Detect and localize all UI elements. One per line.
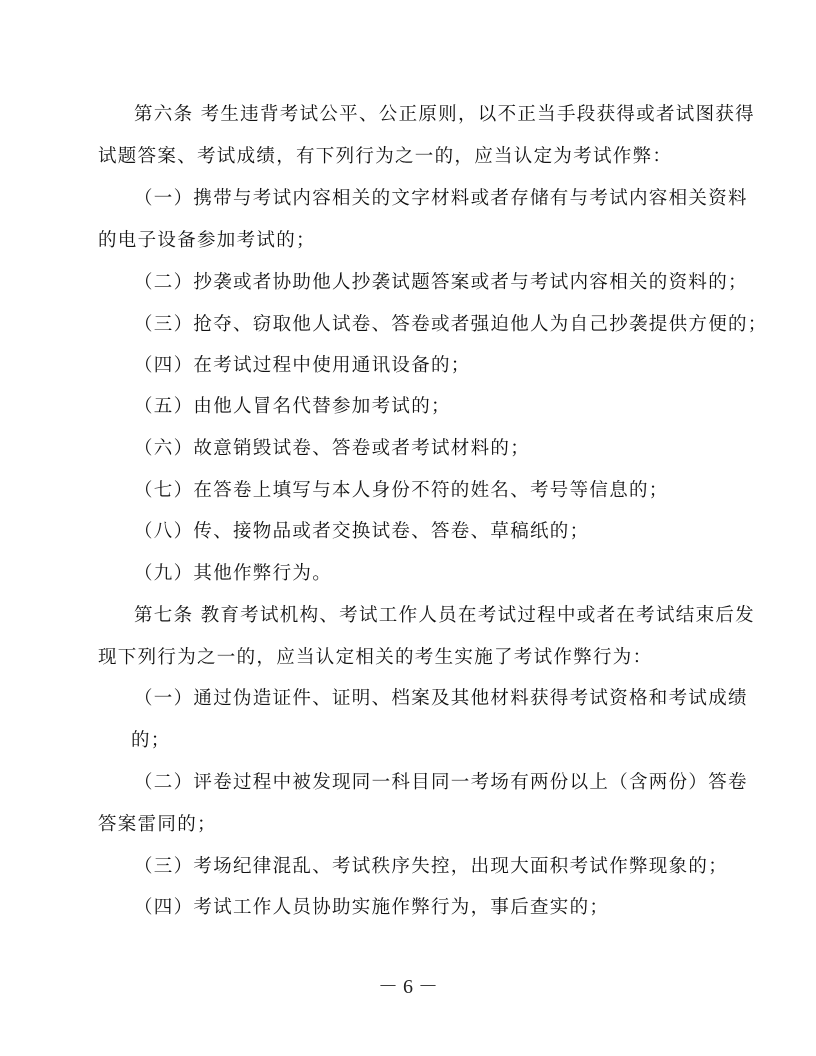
article-7-continuation-line: 现下列行为之一的，应当认定相关的考生实施了考试作弊行为： [98,646,738,670]
article-6-item-7: （七）在答卷上填写与本人身份不符的姓名、考号等信息的； [134,479,774,503]
article-6-item-8: （八）传、接物品或者交换试卷、答卷、草稿纸的； [134,520,774,544]
article-6-heading-line: 第六条 考生违背考试公平、公正原则，以不正当手段获得或者试图获得 [134,103,774,127]
article-6-item-4: （四）在考试过程中使用通讯设备的； [134,354,774,378]
article-7-item-1: （一）通过伪造证件、证明、档案及其他材料获得考试资格和考试成绩 [134,687,774,711]
page-number: － 6 － [0,970,816,999]
article-6-item-6: （六）故意销毁试卷、答卷或者考试材料的； [134,437,774,461]
article-7-heading-line: 第七条 教育考试机构、考试工作人员在考试过程中或者在考试结束后发 [134,604,774,628]
article-7-item-1-continuation: 的； [131,729,771,753]
document-page: 第六条 考生违背考试公平、公正原则，以不正当手段获得或者试图获得 试题答案、考试… [0,0,816,1056]
article-6-continuation-line: 试题答案、考试成绩，有下列行为之一的，应当认定为考试作弊： [98,145,738,169]
article-6-item-9: （九）其他作弊行为。 [134,562,774,586]
article-6-item-1: （一）携带与考试内容相关的文字材料或者存储有与考试内容相关资料 [134,187,774,211]
article-6-item-2: （二）抄袭或者协助他人抄袭试题答案或者与考试内容相关的资料的； [134,271,774,295]
article-6-item-3: （三）抢夺、窃取他人试卷、答卷或者强迫他人为自己抄袭提供方便的； [134,313,774,337]
article-7-item-4: （四）考试工作人员协助实施作弊行为，事后查实的； [134,896,774,920]
article-6-item-5: （五）由他人冒名代替参加考试的； [134,395,774,419]
article-7-item-2: （二）评卷过程中被发现同一科目同一考场有两份以上（含两份）答卷 [134,771,774,795]
article-7-item-3: （三）考场纪律混乱、考试秩序失控，出现大面积考试作弊现象的； [134,855,774,879]
article-7-item-2-continuation: 答案雷同的； [98,813,738,837]
article-6-item-1-continuation: 的电子设备参加考试的； [98,229,738,253]
